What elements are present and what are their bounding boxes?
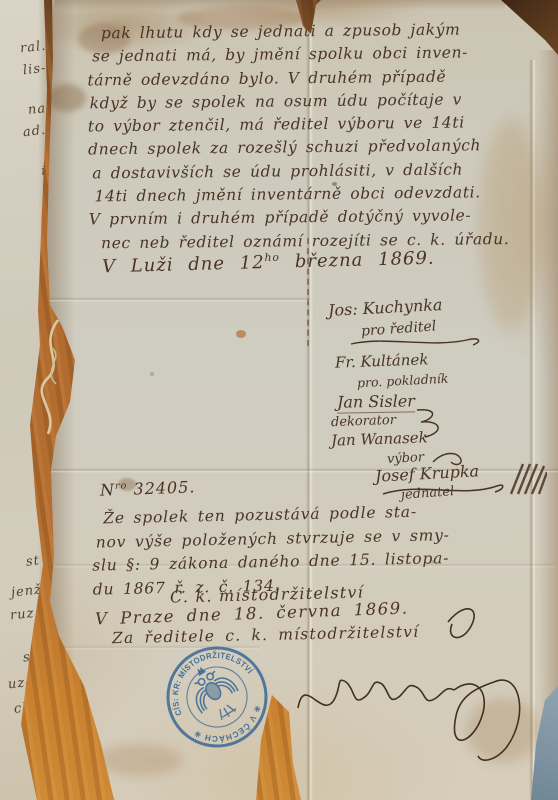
paper-stain xyxy=(96,744,182,776)
signature-title: pro. pokladník xyxy=(357,371,449,391)
text-fragment: jenž xyxy=(10,582,42,600)
signature-name: Jan Wanasek xyxy=(331,428,428,449)
signature-title: dekorator xyxy=(331,413,396,430)
signature-block: Jos: Kuchynka pro ředitel Fr. Kultánek p… xyxy=(283,296,553,496)
ref-digits: 32405. xyxy=(127,477,196,498)
body-paragraph: pak lhutu kdy se jednati a zpusob jakým … xyxy=(87,18,555,256)
reference-number: Nro 32405. xyxy=(100,477,196,499)
paper-stain xyxy=(48,84,86,112)
text-fragment: na xyxy=(27,101,47,118)
signature-underline-flourish xyxy=(349,334,489,350)
text-fragment: ral. xyxy=(19,39,47,57)
ink-speck xyxy=(150,372,154,376)
ref-superscript: ro xyxy=(115,480,128,491)
signature-name: Jan Sisler xyxy=(337,391,415,413)
signature-name: Fr. Kultánek xyxy=(335,350,429,371)
document-photograph: ral. lis- na ad. í st jenž ruz. s. uze c… xyxy=(0,0,558,800)
dateline-text: V Luži dne 12 xyxy=(102,252,265,277)
text-fragment: lis- xyxy=(22,61,47,78)
text-fragment: st xyxy=(25,553,40,569)
wax-speck xyxy=(236,330,246,338)
text-fragment: ad. xyxy=(22,123,47,140)
horizontal-crease xyxy=(48,297,310,302)
dateline-superscript: ho xyxy=(264,251,280,264)
document-page: pak lhutu kdy se jednati a zpusob jakým … xyxy=(0,0,558,800)
signature-underline-flourish xyxy=(379,480,507,500)
governor-signature-flourish xyxy=(290,596,552,776)
dateline-text: března 1869. xyxy=(280,248,435,273)
ref-prefix: N xyxy=(100,480,116,500)
hatch-mark-flourish xyxy=(507,462,547,496)
signature-name: Jos: Kuchynka xyxy=(328,295,443,320)
